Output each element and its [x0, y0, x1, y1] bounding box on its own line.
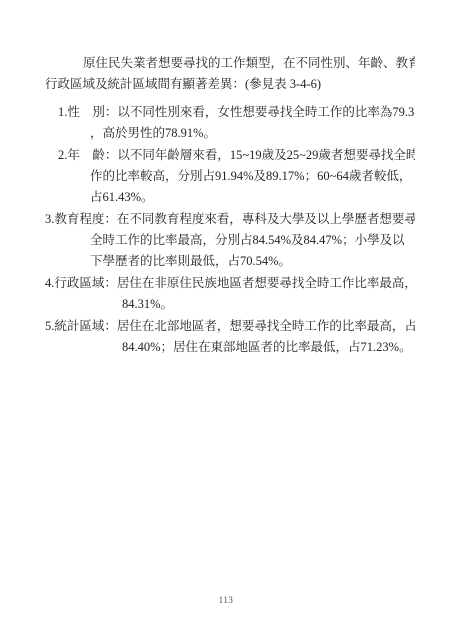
item-continuation-line: 84.31%。: [45, 294, 415, 315]
item-colon: ：: [105, 148, 118, 162]
item-continuation-line: ，高於男性的78.91%。: [45, 123, 415, 144]
item-first-line: 3.教育程度：在不同教育程度來看，專科及大學及以上學歷者想要尋找: [45, 209, 415, 230]
list-item-education: 3.教育程度：在不同教育程度來看，專科及大學及以上學歷者想要尋找 全時工作的比率…: [45, 209, 415, 272]
intro-line-1: 原住民失業者想要尋找的工作類型，在不同性別、年齡、教育程度、: [45, 53, 415, 74]
item-label: 教育程度: [54, 212, 104, 226]
intro-line-2: 行政區域及統計區域間有顯著差異：(參見表 3-4-6): [45, 74, 415, 95]
list-item-statistical-region: 5.統計區域：居住在北部地區者，想要尋找全時工作的比率最高，占 84.40%；居…: [45, 316, 415, 358]
item-first-line: 5.統計區域：居住在北部地區者，想要尋找全時工作的比率最高，占: [45, 316, 415, 337]
item-colon: ：: [105, 105, 118, 119]
item-label: 行政區域: [54, 276, 104, 290]
findings-list: 1.性 別：以不同性別來看，女性想要尋找全時工作的比率為79.37% ，高於男性…: [45, 102, 415, 358]
item-label: 統計區域: [54, 319, 104, 333]
item-label: 性 別: [67, 105, 105, 119]
item-text: 以不同年齡層來看，15~19歲及25~29歲者想要尋找全時工: [117, 148, 415, 162]
item-first-line: 2.年 齡：以不同年齡層來看，15~19歲及25~29歲者想要尋找全時工: [45, 145, 415, 166]
document-page: 原住民失業者想要尋找的工作類型，在不同性別、年齡、教育程度、 行政區域及統計區域…: [0, 0, 452, 640]
item-continuation-line: 下學歷者的比率則最低，占70.54%。: [45, 251, 415, 272]
item-colon: ：: [104, 276, 117, 290]
item-colon: ：: [104, 212, 117, 226]
item-number: 2.: [58, 148, 67, 162]
item-continuation-line: 占61.43%。: [45, 187, 415, 208]
item-text: 在不同教育程度來看，專科及大學及以上學歷者想要尋找: [117, 212, 415, 226]
item-number: 5.: [45, 319, 54, 333]
item-first-line: 1.性 別：以不同性別來看，女性想要尋找全時工作的比率為79.37%: [45, 102, 415, 123]
item-continuation-line: 全時工作的比率最高，分別占84.54%及84.47%；小學及以: [45, 230, 415, 251]
item-continuation-line: 作的比率較高，分別占91.94%及89.17%；60~64歲者較低，: [45, 166, 415, 187]
item-continuation-line: 84.40%；居住在東部地區者的比率最低，占71.23%。: [45, 337, 415, 358]
item-number: 3.: [45, 212, 54, 226]
item-text: 以不同性別來看，女性想要尋找全時工作的比率為79.37%: [117, 105, 415, 119]
item-number: 4.: [45, 276, 54, 290]
item-first-line: 4.行政區域：居住在非原住民族地區者想要尋找全時工作比率最高，占: [45, 273, 415, 294]
list-item-gender: 1.性 別：以不同性別來看，女性想要尋找全時工作的比率為79.37% ，高於男性…: [45, 102, 415, 144]
item-text: 居住在北部地區者，想要尋找全時工作的比率最高，占: [117, 319, 415, 333]
item-label: 年 齡: [67, 148, 105, 162]
intro-paragraph: 原住民失業者想要尋找的工作類型，在不同性別、年齡、教育程度、 行政區域及統計區域…: [45, 53, 415, 95]
page-number: 113: [0, 594, 452, 606]
item-number: 1.: [58, 105, 67, 119]
item-text: 居住在非原住民族地區者想要尋找全時工作比率最高，占: [117, 276, 415, 290]
document-body: 原住民失業者想要尋找的工作類型，在不同性別、年齡、教育程度、 行政區域及統計區域…: [45, 53, 415, 359]
list-item-age: 2.年 齡：以不同年齡層來看，15~19歲及25~29歲者想要尋找全時工 作的比…: [45, 145, 415, 208]
list-item-administrative-region: 4.行政區域：居住在非原住民族地區者想要尋找全時工作比率最高，占 84.31%。: [45, 273, 415, 315]
item-colon: ：: [104, 319, 117, 333]
